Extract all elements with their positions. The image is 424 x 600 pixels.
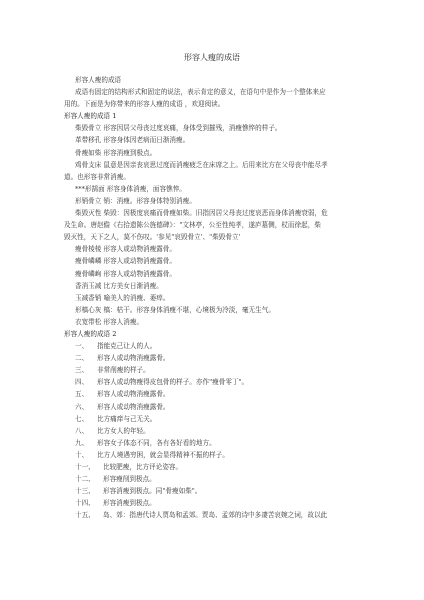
section-heading: 形容人瘦的成语 1 [64, 110, 364, 122]
list-number: 一、 [64, 340, 97, 352]
idiom-line: 瘦骨嶙峋 形容人或动物消瘦露骨。 [64, 268, 364, 280]
idiom-line: 骨瘦如柴 形容消瘦到极点。 [64, 147, 364, 159]
list-item: 五、形容人或动物消瘦露骨。 [64, 388, 364, 400]
list-number: 二、 [64, 352, 97, 364]
idiom-line: 瘦骨嶙嶙 形容人或动物消瘦露骨。 [64, 255, 364, 267]
idiom-line: 道。也形容非常消瘦。 [64, 171, 364, 183]
idiom-line: ***形鹄面 形容身体消瘦，面容憔悴。 [64, 183, 364, 195]
list-text: 形容人或动物消瘦露骨。 [97, 390, 170, 398]
list-number: 十、 [64, 449, 97, 461]
list-text: 形容人或动物消瘦露骨。 [97, 403, 170, 411]
list-number: 十一、 [64, 461, 103, 473]
idiom-line: 形槁心灰 槁：枯干。形容身体消瘦不堪，心境极为冷淡，毫无生气。 [64, 304, 364, 316]
idiom-line: 柴毁灭性 柴毁：因极度哀痛而骨瘦如柴。旧指因居父母丧过度哀恶而身体消瘦衰弱，危 [64, 207, 364, 219]
list-item: 十一、比较肥瘦，比方评论姿容。 [64, 461, 364, 473]
list-item: 七、比方痛痒与己无关。 [64, 413, 364, 425]
list-text: 形容瘦削到极点。 [103, 475, 156, 483]
list-item: 八、比方女人的年轻。 [64, 425, 364, 437]
list-number: 三、 [64, 364, 97, 376]
list-text: 形容人或动物消瘦露骨。 [97, 354, 170, 362]
idiom-line: 革带移孔 形容身体因老病而日渐消瘦。 [64, 134, 364, 146]
list-item: 二、形容人或动物消瘦露骨。 [64, 352, 364, 364]
list-number: 四、 [64, 376, 97, 388]
list-text: 形容消瘦到极点。同"骨瘦如柴"。 [103, 487, 201, 495]
idiom-line: 及生命。唐赵儋《右拾遗陈公旌德碑》："文林亭，公至性纯孝，遂庐墓侧，杖而徐起，柴 [64, 219, 364, 231]
idiom-line: 毁灭性，天下之人，莫不伤叹。'参见"哀毁骨立'、"柴毁骨立' [64, 231, 364, 243]
list-text: 比方女人的年轻。 [97, 427, 150, 435]
list-text: 指能克己让人的人。 [97, 342, 156, 350]
section-heading: 形容人瘦的成语 2 [64, 328, 364, 340]
list-number: 十二、 [64, 473, 103, 485]
list-item: 十三、形容消瘦到极点。同"骨瘦如柴"。 [64, 485, 364, 497]
list-item: 九、形容女子体态不同，各有各好看的地方。 [64, 437, 364, 449]
list-text: 形容消瘦到极点。 [103, 499, 156, 507]
idiom-line: 形销骨立 销：消瘦。形容身体特别消瘦。 [64, 195, 364, 207]
list-text: 形容女子体态不同，各有各好看的地方。 [97, 439, 216, 447]
list-number: 八、 [64, 425, 97, 437]
list-item: 十二、形容瘦削到极点。 [64, 473, 364, 485]
list-item: 四、形容人或动物瘦得皮包骨的样子。亦作"瘦骨零丁"。 [64, 376, 364, 388]
list-number: 五、 [64, 388, 97, 400]
document-page: 形容人瘦的成语 形容人瘦的成语 成语有固定的结构形式和固定的说法，表示肯定的意义… [0, 0, 424, 600]
list-number: 七、 [64, 413, 97, 425]
list-item: 十四、形容消瘦到极点。 [64, 497, 364, 509]
idiom-line: 香消玉减 比方美女日渐消瘦。 [64, 280, 364, 292]
list-text: 岛、郊：指唐代诗人贾岛和孟郊。贾岛、孟郊的诗中多凄苦哀婉之词，故以此 [103, 511, 327, 519]
idiom-line: 柴毁骨立 形容因居父母丧过度哀痛，身体受到摧残，消瘦憔悴的样子。 [64, 122, 364, 134]
list-item: 十五、岛、郊：指唐代诗人贾岛和孟郊。贾岛、孟郊的诗中多凄苦哀婉之词，故以此 [64, 509, 364, 521]
idiom-line: 鸡骨支床 鼠意是因亲丧哀思过度而消瘦疲乏在床席之上。后用来比方在父母丧中能尽孝 [64, 159, 364, 171]
list-item: 六、形容人或动物消瘦露骨。 [64, 401, 364, 413]
idiom-line: 瘦骨棱棱 形容人或动物消瘦露骨。 [64, 243, 364, 255]
list-text: 比方人境遇穷困，就会显得精神不振的样子。 [97, 451, 229, 459]
intro-heading: 形容人瘦的成语 [64, 74, 364, 86]
idiom-line: 衣宽带松 形容人消瘦。 [64, 316, 364, 328]
list-number: 十三、 [64, 485, 103, 497]
list-item: 一、指能克己让人的人。 [64, 340, 364, 352]
list-item: 十、比方人境遇穷困，就会显得精神不振的样子。 [64, 449, 364, 461]
list-number: 十四、 [64, 497, 103, 509]
list-number: 九、 [64, 437, 97, 449]
list-text: 比较肥瘦，比方评论姿容。 [103, 463, 182, 471]
intro-paragraph-line: 用的。下面是为你带来的形容人瘦的成语 ，欢迎阅读。 [64, 98, 364, 110]
idiom-line: 玉减香销 喻美人的消瘦、萎瘁。 [64, 292, 364, 304]
list-number: 十五、 [64, 509, 103, 521]
list-text: 形容人或动物瘦得皮包骨的样子。亦作"瘦骨零丁"。 [97, 378, 248, 386]
document-title: 形容人瘦的成语 [0, 52, 424, 63]
list-text: 非常削瘦的样子。 [97, 366, 150, 374]
list-item: 三、非常削瘦的样子。 [64, 364, 364, 376]
intro-paragraph-line: 成语有固定的结构形式和固定的说法，表示肯定的意义，在语句中是作为一个整体来应 [64, 86, 364, 98]
list-number: 六、 [64, 401, 97, 413]
list-text: 比方痛痒与己无关。 [97, 415, 156, 423]
document-body: 形容人瘦的成语 成语有固定的结构形式和固定的说法，表示肯定的意义，在语句中是作为… [64, 74, 364, 521]
